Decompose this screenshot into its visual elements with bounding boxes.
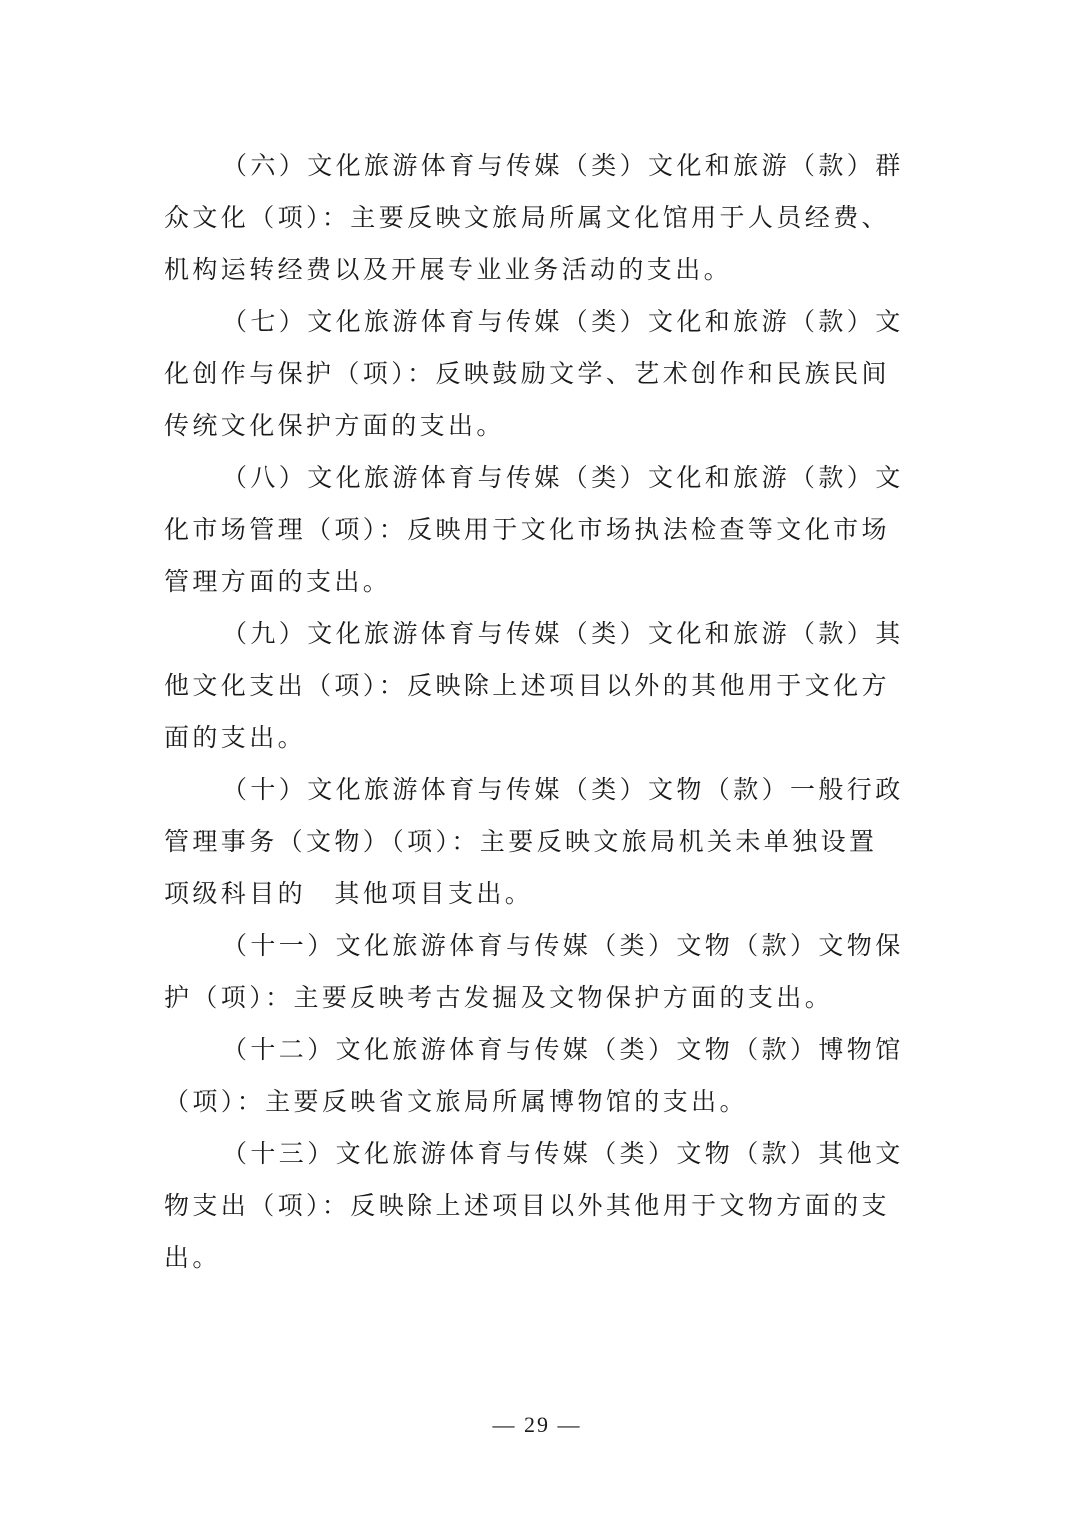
document-body: （六）文化旅游体育与传媒（类）文化和旅游（款）群 众文化（项）：主要反映文旅局所…	[164, 140, 916, 1284]
paragraph-6: （六）文化旅游体育与传媒（类）文化和旅游（款）群 众文化（项）：主要反映文旅局所…	[164, 140, 916, 296]
paragraph-line: （项）：主要反映省文旅局所属博物馆的支出。	[164, 1076, 916, 1128]
paragraph-line: 项级科目的 其他项目支出。	[164, 868, 916, 920]
paragraph-7: （七）文化旅游体育与传媒（类）文化和旅游（款）文 化创作与保护（项）：反映鼓励文…	[164, 296, 916, 452]
page-number: — 29 —	[0, 1412, 1074, 1438]
paragraph-line: （十一）文化旅游体育与传媒（类）文物（款）文物保	[164, 920, 916, 972]
paragraph-line: （七）文化旅游体育与传媒（类）文化和旅游（款）文	[164, 296, 916, 348]
paragraph-13: （十三）文化旅游体育与传媒（类）文物（款）其他文 物支出（项）：反映除上述项目以…	[164, 1128, 916, 1284]
paragraph-line: 出。	[164, 1232, 916, 1284]
paragraph-11: （十一）文化旅游体育与传媒（类）文物（款）文物保 护（项）：主要反映考古发掘及文…	[164, 920, 916, 1024]
paragraph-8: （八）文化旅游体育与传媒（类）文化和旅游（款）文 化市场管理（项）：反映用于文化…	[164, 452, 916, 608]
paragraph-line: 物支出（项）：反映除上述项目以外其他用于文物方面的支	[164, 1180, 916, 1232]
paragraph-line: 众文化（项）：主要反映文旅局所属文化馆用于人员经费、	[164, 192, 916, 244]
paragraph-10: （十）文化旅游体育与传媒（类）文物（款）一般行政 管理事务（文物）（项）：主要反…	[164, 764, 916, 920]
paragraph-line: 传统文化保护方面的支出。	[164, 400, 916, 452]
paragraph-9: （九）文化旅游体育与传媒（类）文化和旅游（款）其 他文化支出（项）：反映除上述项…	[164, 608, 916, 764]
paragraph-line: 护（项）：主要反映考古发掘及文物保护方面的支出。	[164, 972, 916, 1024]
paragraph-line: （十二）文化旅游体育与传媒（类）文物（款）博物馆	[164, 1024, 916, 1076]
paragraph-12: （十二）文化旅游体育与传媒（类）文物（款）博物馆 （项）：主要反映省文旅局所属博…	[164, 1024, 916, 1128]
paragraph-line: （九）文化旅游体育与传媒（类）文化和旅游（款）其	[164, 608, 916, 660]
paragraph-line: 管理事务（文物）（项）：主要反映文旅局机关未单独设置	[164, 816, 916, 868]
paragraph-line: 管理方面的支出。	[164, 556, 916, 608]
paragraph-line: 他文化支出（项）：反映除上述项目以外的其他用于文化方	[164, 660, 916, 712]
paragraph-line: 机构运转经费以及开展专业业务活动的支出。	[164, 244, 916, 296]
paragraph-line: 面的支出。	[164, 712, 916, 764]
paragraph-line: （六）文化旅游体育与传媒（类）文化和旅游（款）群	[164, 140, 916, 192]
paragraph-line: （十）文化旅游体育与传媒（类）文物（款）一般行政	[164, 764, 916, 816]
paragraph-line: 化市场管理（项）：反映用于文化市场执法检查等文化市场	[164, 504, 916, 556]
paragraph-line: （八）文化旅游体育与传媒（类）文化和旅游（款）文	[164, 452, 916, 504]
paragraph-line: 化创作与保护（项）：反映鼓励文学、艺术创作和民族民间	[164, 348, 916, 400]
paragraph-line: （十三）文化旅游体育与传媒（类）文物（款）其他文	[164, 1128, 916, 1180]
